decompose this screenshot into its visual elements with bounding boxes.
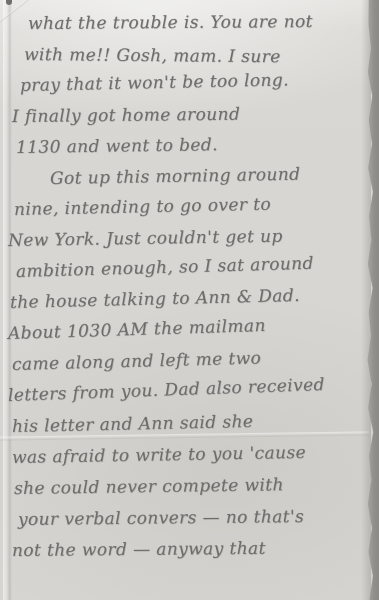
handwriting-line: was afraid to write to you 'cause <box>12 437 365 474</box>
handwriting-line: not the word — anyway that <box>12 533 365 567</box>
handwriting-line: pray that it won't be too long. <box>20 64 366 102</box>
letter-page: what the trouble is. You are not with me… <box>0 0 379 600</box>
handwriting-line: I finally got home around <box>12 98 365 133</box>
handwriting-line: what the trouble is. You are not <box>28 7 365 40</box>
paper-torn-edge <box>363 0 379 600</box>
handwriting-line: your verbal convers — no that's <box>18 501 365 536</box>
letter-body: what the trouble is. You are not with me… <box>0 0 365 600</box>
handwriting-line: she could never compete with <box>14 469 365 505</box>
